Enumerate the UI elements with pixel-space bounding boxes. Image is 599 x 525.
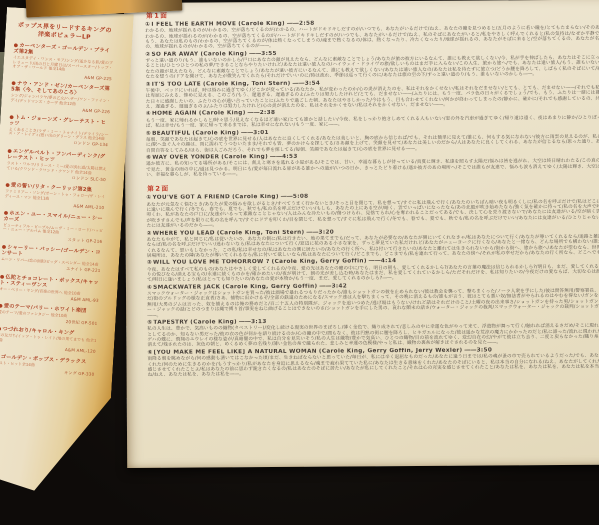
track-number: ② (147, 230, 152, 236)
track-entry: ⑤TAPESTRY(Carole King)――3:13 私の人生は、豊かで、気… (147, 316, 599, 348)
liner-text: 第1面 ①I FEEL THE EARTH MOVE(Carole King)―… (145, 8, 599, 378)
photo-background: ポップス界をリードするキングの 洋楽ポピュラーLP ●カーペンターズ・ゴールデン… (0, 0, 599, 525)
track-time: ――2:58 (287, 21, 315, 27)
track-credit: (Carole King, Gerry Goffin) (272, 259, 367, 266)
side2-header: 第2面 (147, 182, 599, 193)
track-lyrics: ずっと遠い道のり/もう、誰もいないのかしら/戸口にあなたの顔が見えたなら、どんな… (145, 55, 599, 80)
track-time: ――3:01 (241, 129, 269, 135)
track-time: ――5:08 (281, 194, 309, 200)
track-time: ――3:55 (249, 51, 277, 57)
list-item: ●つづれおり/キャロル・キング 君の友だち/イッツ・トゥ・レイト/地の果てまでも… (0, 326, 97, 354)
track-name: BEAUTIFUL (152, 130, 190, 136)
track-name: HOME AGAIN (152, 111, 197, 117)
track-number: ⑤ (147, 320, 152, 326)
track-entry: ①YOU'VE GOT A FRIEND(Carole King)――5:08 … (146, 192, 599, 230)
track-entry: ③WILL YOU LOVE ME TOMORROW ?(Carole King… (147, 257, 599, 284)
track-credit: (Carole King) (190, 319, 237, 325)
track-credit: (Carole King) (221, 154, 268, 160)
track-entry: ⑤BEAUTIFUL(Carole King)――3:01 毎朝、笑顔であなたは… (146, 127, 599, 154)
track-entry: ③IT'S TOO LATE(Carole King, Toni Stern)―… (146, 78, 599, 110)
track-lyrics: スマックウォーター・ジャックはショットガンを買った/彼は酒場で暴れるつもりだった… (147, 288, 599, 318)
track-credit: (Carole King, Gerry Goffin) (222, 283, 317, 290)
list-item: ●愛のテーマ/バリー・ホワイト楽団 愛のテーマ/愛のファンタジー 他全10曲 2… (0, 303, 98, 327)
track-time: ――3:54 (293, 80, 321, 86)
track-credit: (Carole King) (232, 194, 279, 200)
list-item: ●エンゲルベルト・フンパーディンク/グレーテスト・ヒッツ ラスト・ワルツ/リリー… (6, 148, 108, 183)
album-title: トム・ジョーンズ・グレーテスト・ヒッツ (9, 114, 106, 126)
track-number: ③ (146, 81, 151, 87)
track-number: ④ (147, 285, 152, 291)
list-item: ●愛の誓い/リタ・クーリッジ第2集 ファミリアー・ソング/ボーン・トゥ・フォロー… (4, 183, 105, 211)
track-lyrics: わかるの、地球が揺れるのが/わかるの、空が落ちてくるのが/わかるの、ハートがドキ… (145, 26, 599, 51)
track-lyrics: あなたもやがて、私と同じに/私は従いたいの、あなたの側に/私は行きたい、地の果て… (147, 234, 599, 259)
track-entry: ①I FEEL THE EARTH MOVE(Carole King)――2:5… (145, 18, 599, 50)
album-title: カーペンターズ・ゴールデン・プライズ第2集 (13, 43, 110, 56)
bullet-icon: ● (0, 303, 3, 309)
track-name: WHERE YOU LEAD (153, 230, 215, 236)
track-name: [YOU MAKE ME FEEL LIKE] A NATURAL WOMAN (154, 349, 317, 356)
track-number: ③ (147, 260, 152, 266)
track-time: ――3:13 (239, 319, 267, 325)
track-credit: (Carole King, Gerry Goffin, Jerry Wexler… (319, 348, 463, 355)
track-number: ⑤ (146, 130, 151, 136)
track-entry: ⑥WAY OVER YONDER(Carole King)――4:53 遥か彼方… (146, 151, 599, 178)
track-name: SMACKWATER JACK (153, 284, 220, 290)
track-credit: (Carole King) (192, 130, 239, 136)
track-entry: ④SMACKWATER JACK(Carole King, Gerry Goff… (147, 281, 599, 319)
side1-section: 第1面 ①I FEEL THE EARTH MOVE(Carole King)―… (145, 8, 599, 178)
list-item: ●ナウ・アンド・ゼン/カーペンターズ第5集〈今、そしてあのころ〉 シング/ジャン… (10, 81, 111, 115)
album-title: ホエン・ユー・スマイル/ニュー・シーカーズ (3, 210, 103, 223)
track-time: ――4:53 (270, 154, 298, 160)
track-lyrics: 遥か彼方に、私の知ってる場所がある/そこには、飢えと寒さを逃れる小屋がある/そこ… (146, 159, 599, 179)
track-credit: (Carole King) (200, 51, 247, 57)
track-name: WILL YOU LOVE ME TOMORROW ? (153, 259, 270, 266)
track-number: ① (146, 195, 151, 201)
catalog-header: ポップス界をリードするキングの 洋楽ポピュラーLP (14, 22, 115, 43)
track-entry: ⑥[YOU MAKE ME FEEL LIKE] A NATURAL WOMAN… (147, 346, 599, 378)
side1-header: 第1面 (146, 8, 599, 19)
track-name: WAY OVER YONDER (152, 154, 219, 160)
side2-section: 第2面 ①YOU'VE GOT A FRIEND(Carole King)――5… (146, 182, 599, 379)
track-name: IT'S TOO LATE (152, 81, 201, 87)
track-entry: ②WHERE YOU LEAD(Carole King, Toni Stern)… (147, 227, 599, 259)
track-number: ⑥ (147, 350, 152, 356)
track-time: ――3:42 (319, 283, 347, 289)
liner-notes-page: 第1面 ①I FEEL THE EARTH MOVE(Carole King)―… (124, 0, 599, 468)
track-name: SO FAR AWAY (152, 51, 199, 57)
track-entry: ④HOME AGAIN(Carole King)――2:38 もう一度、家に帰れ… (146, 108, 599, 129)
track-lyrics: 午後中、ベッドにいれば、時は悩みに過ぎてゆく/どこかが変っている/あなたか、私が… (146, 85, 599, 110)
list-item: ●トム・ジョーンズ・グレーテスト・ヒッツ よくあることさ/ラヴ・ミー・トゥナイト… (8, 114, 110, 149)
list-item: ●ゴールデン・ポップス・デラックス ベスト・ヒット全14曲 キング GP-330 (0, 354, 95, 378)
track-lyrics: 今夜、あなたはすべて私のもの/あなたはやさしく愛してくれるの/今夜、愛の光はあな… (147, 264, 599, 284)
list-item: ●仏陀とチョコレート・ボックス/キャット・スティーヴンス オー・ベリー・ヤング/… (0, 274, 100, 303)
track-credit: (Carole King) (199, 111, 246, 117)
catalog-strip-page: ポップス界をリードするキングの 洋楽ポピュラーLP ●カーペンターズ・ゴールデン… (0, 7, 134, 500)
track-lyrics: あなたが元気なく悩むとき/あなたが愛の悩みを欲しがるとき/すべてうまく行かないと… (146, 199, 599, 229)
track-credit: (Carole King) (238, 21, 285, 27)
track-credit: (Carole King, Toni Stern) (217, 229, 305, 236)
track-number: ② (145, 52, 150, 58)
list-item: ●ホエン・ユー・スマイル/ニュー・シーカーズ ビューティフル・ピープル/ムーヴ・… (2, 210, 104, 245)
list-item: ●シャーリー・バッシー/ゴールデン・コンサート ムーン・リバー/恋の面影/ビッグ… (0, 244, 101, 274)
list-item: ●カーペンターズ・ゴールデン・プライズ第2集 イエスタデイ・ワンス・モア/シング… (12, 42, 114, 80)
track-time: ――4:14 (369, 259, 397, 265)
track-entry: ②SO FAR AWAY(Carole King)――3:55 ずっと遠い道のり… (145, 48, 599, 80)
catalog-list: ポップス界をリードするキングの 洋楽ポピュラーLP ●カーペンターズ・ゴールデン… (0, 22, 115, 384)
track-credit: (Carole King, Toni Stern) (203, 80, 291, 87)
track-time: ――2:38 (248, 110, 276, 116)
track-time: ――3:50 (464, 347, 492, 353)
track-number: ① (145, 22, 150, 28)
track-name: TAPESTRY (153, 320, 188, 326)
track-number: ④ (146, 111, 151, 117)
track-name: YOU'VE GOT A FRIEND (153, 195, 231, 202)
track-number: ⑥ (146, 155, 151, 161)
track-name: I FEEL THE EARTH MOVE (151, 21, 236, 28)
track-lyrics: 毎朝、笑顔であなたは起きて/心の底を世界に見せる/人はあなたに良くしてくれる/あ… (146, 134, 599, 154)
track-lyrics: 私の人生は、豊かで、気高いものの織物(タペストリー)/変化し続ける現実の世界のま… (147, 324, 599, 349)
track-lyrics: 雨降る朝を眺めながら/何の感動も湧いてはこなかった頃/まだ、生きねばならないと思… (147, 353, 599, 378)
album-title: シャーリー・バッシー/ゴールデン・コンサート (1, 245, 100, 258)
track-time: ――3:20 (306, 229, 334, 235)
